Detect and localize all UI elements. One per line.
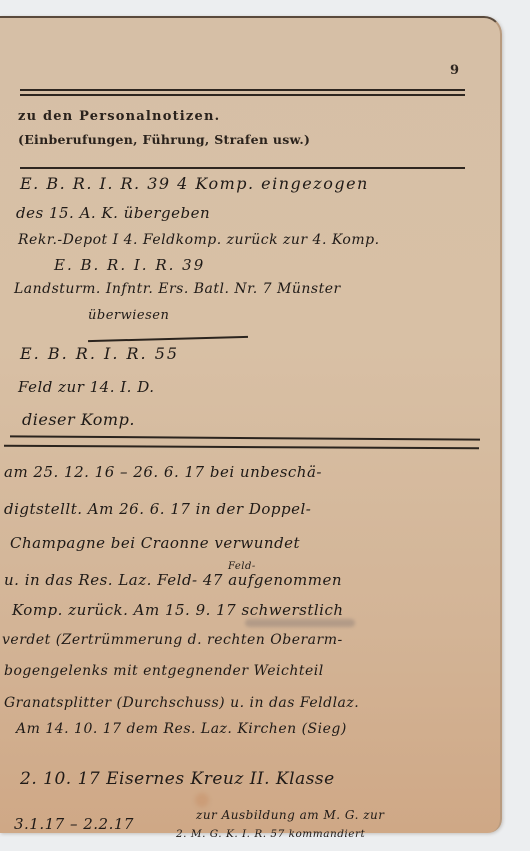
ink-smudge	[245, 619, 355, 627]
handwritten-line: E. B. R. I. R. 39	[54, 256, 205, 274]
handwritten-underline	[88, 336, 248, 342]
handwritten-line: Rekr.-Depot I 4. Feldkomp. zurück zur 4.…	[18, 232, 380, 248]
section-divider	[4, 445, 479, 449]
page-number: 9	[450, 63, 459, 78]
handwritten-line: verdet (Zertrümmerung d. rechten Oberarm…	[2, 632, 343, 648]
handwritten-line: bogengelenks mit entgegnender Weichteil	[4, 663, 324, 679]
printed-heading: zu den Personalnotizen.	[18, 109, 220, 124]
handwritten-line: am 25. 12. 16 – 26. 6. 17 bei unbeschä-	[4, 463, 322, 481]
handwritten-line: digtstellt. Am 26. 6. 17 in der Doppel-	[4, 500, 311, 518]
header-top-rule	[20, 89, 465, 91]
handwritten-line: Feld zur 14. I. D.	[18, 378, 154, 396]
handwritten-line: E. B. R. I. R. 39 4 Komp. eingezogen	[20, 174, 369, 193]
header-top-rule-thin	[20, 94, 465, 96]
handwritten-line: Granatsplitter (Durchschuss) u. in das F…	[4, 695, 359, 711]
section-divider	[10, 435, 480, 440]
header-bottom-rule	[20, 167, 465, 169]
handwritten-line: Champagne bei Craonne verwundet	[10, 534, 300, 552]
handwritten-line: 2. M. G. K. I. R. 57 kommandiert	[176, 828, 365, 840]
handwritten-line: überwiesen	[88, 308, 169, 323]
handwritten-line: des 15. A. K. übergeben	[16, 204, 210, 222]
handwritten-line: zur Ausbildung am M. G. zur	[196, 808, 384, 822]
handwritten-line: E. B. R. I. R. 55	[20, 344, 179, 363]
handwritten-line: Am 14. 10. 17 dem Res. Laz. Kirchen (Sie…	[16, 721, 347, 737]
handwritten-line: dieser Komp.	[22, 410, 135, 429]
handwritten-line: u. in das Res. Laz. Feld- 47 aufgenommen	[4, 571, 342, 589]
handwritten-line: Komp. zurück. Am 15. 9. 17 schwerstlich	[12, 601, 344, 619]
document-page: 9 zu den Personalnotizen. (Einberufungen…	[0, 16, 502, 833]
handwritten-line: Landsturm. Infntr. Ers. Batl. Nr. 7 Müns…	[14, 281, 341, 297]
handwritten-line: 2. 10. 17 Eisernes Kreuz II. Klasse	[20, 769, 335, 789]
handwritten-line: 3.1.17 – 2.2.17	[14, 815, 134, 833]
printed-subheading: (Einberufungen, Führung, Strafen usw.)	[18, 132, 310, 147]
paper-stain	[195, 793, 209, 807]
